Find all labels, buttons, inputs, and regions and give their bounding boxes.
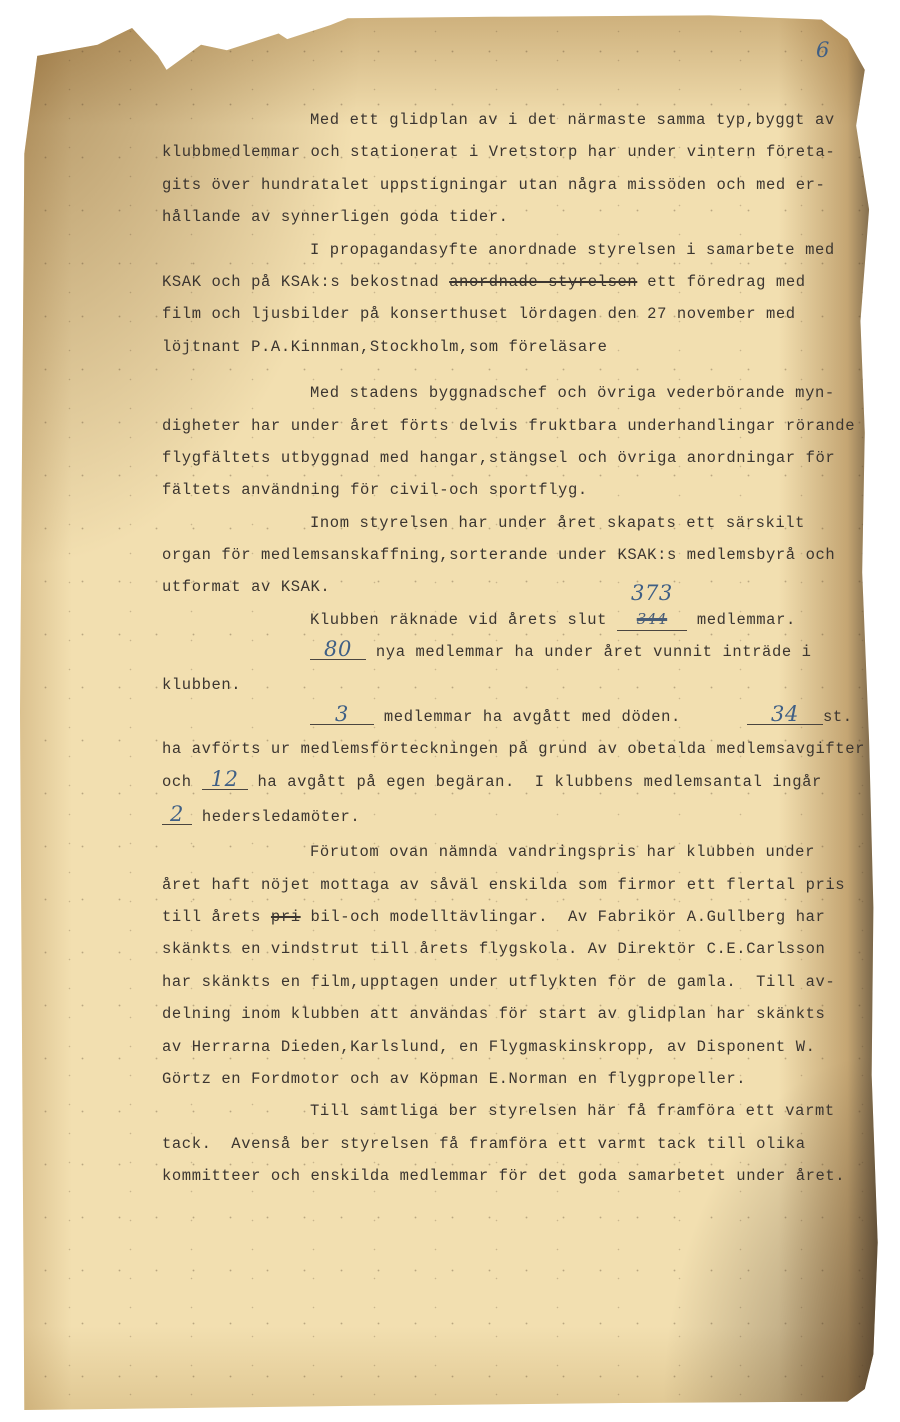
text-segment: ha avgått på egen begäran. I klubbens me…: [248, 773, 822, 791]
text-line: skänkts en vindstrut till årets flygskol…: [162, 933, 862, 965]
text-segment: medlemmar ha avgått med döden.: [374, 708, 681, 726]
text-line: året haft nöjet mottaga av såväl enskild…: [162, 869, 862, 901]
text-line: ha avförts ur medlemsförteckningen på gr…: [162, 733, 862, 765]
text-segment: bil-och modelltävlingar. Av Fabrikör A.G…: [301, 908, 826, 926]
paragraph-prizes: Förutom ovan nämnda vandringspris har kl…: [162, 836, 862, 1095]
text-line: har skänkts en film,upptagen under utfly…: [162, 966, 862, 998]
text-line: Med stadens byggnadschef och övriga vede…: [162, 377, 862, 409]
text-line: gits över hundratalet uppstigningar utan…: [162, 169, 862, 201]
text-line: Klubben räknade vid årets slut 373344 me…: [162, 604, 862, 636]
paragraph-airfield: Med stadens byggnadschef och övriga vede…: [162, 377, 862, 507]
text-segment: ett föredrag med: [637, 273, 805, 291]
members-total-field: 373344: [617, 609, 687, 631]
text-line: KSAK och på KSAk:s bekostnad anordnade-s…: [162, 266, 862, 298]
text-line: 3 medlemmar ha avgått med döden.34st.: [162, 701, 862, 733]
paragraph-thanks: Till samtliga ber styrelsen här få framf…: [162, 1095, 862, 1192]
text-line: 80 nya medlemmar ha under året vunnit in…: [162, 636, 862, 668]
text-line: hållande av synnerligen goda tider.: [162, 201, 862, 233]
text-segment: Klubben räknade vid årets slut: [310, 611, 617, 629]
page-number: 6: [816, 38, 829, 62]
text-line: kommitteer och enskilda medlemmar för de…: [162, 1160, 862, 1192]
text-line: Till samtliga ber styrelsen här få framf…: [162, 1095, 862, 1127]
paragraph-membership-organ: Inom styrelsen har under året skapats et…: [162, 507, 862, 604]
text-line: och 12 ha avgått på egen begäran. I klub…: [162, 766, 862, 798]
text-line: fältets användning för civil-och sportfl…: [162, 474, 862, 506]
text-line: Inom styrelsen har under året skapats et…: [162, 507, 862, 539]
text-line: till årets pri bil-och modelltävlingar. …: [162, 901, 862, 933]
text-line: digheter har under året förts delvis fru…: [162, 410, 862, 442]
text-line: I propagandasyfte anordnade styrelsen i …: [162, 234, 862, 266]
text-segment: st.: [823, 708, 853, 726]
text-line: film och ljusbilder på konserthuset lörd…: [162, 298, 862, 330]
text-line: Förutom ovan nämnda vandringspris har kl…: [162, 836, 862, 868]
text-line: tack. Avenså ber styrelsen få framföra e…: [162, 1128, 862, 1160]
new-members-field: 80: [310, 639, 366, 660]
text-line: av Herrarna Dieden,Karlslund, en Flygmas…: [162, 1031, 862, 1063]
struck-text: anordnade-styrelsen: [449, 273, 637, 291]
text-segment: och: [162, 773, 202, 791]
text-line: Med ett glidplan av i det närmaste samma…: [162, 104, 862, 136]
text-line: Görtz en Fordmotor och av Köpman E.Norma…: [162, 1063, 862, 1095]
resigned-members-field: 12: [202, 769, 248, 790]
text-line: klubbmedlemmar och stationerat i Vretsto…: [162, 136, 862, 168]
deceased-members-field: 3: [310, 704, 374, 725]
text-line: organ för medlemsanskaffning,sorterande …: [162, 539, 862, 571]
text-segment: hedersledamöter.: [192, 808, 360, 826]
text-line: delning inom klubben att användas för st…: [162, 998, 862, 1030]
text-line: 2 hedersledamöter.: [162, 798, 862, 836]
paragraph-glider: Med ett glidplan av i det närmaste samma…: [162, 104, 862, 234]
paragraph-membership-stats: Klubben räknade vid årets slut 373344 me…: [162, 604, 862, 836]
text-line: flygfältets utbyggnad med hangar,stängse…: [162, 442, 862, 474]
paragraph-gap: [162, 363, 862, 377]
honorary-members-field: 2: [162, 804, 192, 825]
text-line: löjtnant P.A.Kinnman,Stockholm,som förel…: [162, 331, 862, 363]
text-segment: medlemmar.: [687, 611, 796, 629]
members-total-handwritten: 373: [617, 583, 687, 603]
paragraph-propaganda: I propagandasyfte anordnade styrelsen i …: [162, 234, 862, 364]
members-total-struck: 344: [637, 610, 667, 628]
text-segment: nya medlemmar ha under året vunnit inträ…: [366, 643, 812, 661]
text-line: klubben.: [162, 669, 862, 701]
text-line: utformat av KSAK.: [162, 571, 862, 603]
text-segment: KSAK och på KSAk:s bekostnad: [162, 273, 449, 291]
removed-members-field: 34: [747, 704, 823, 725]
typewritten-body: Med ett glidplan av i det närmaste samma…: [162, 104, 862, 1193]
struck-text: pri: [271, 908, 301, 926]
text-segment: till årets: [162, 908, 271, 926]
